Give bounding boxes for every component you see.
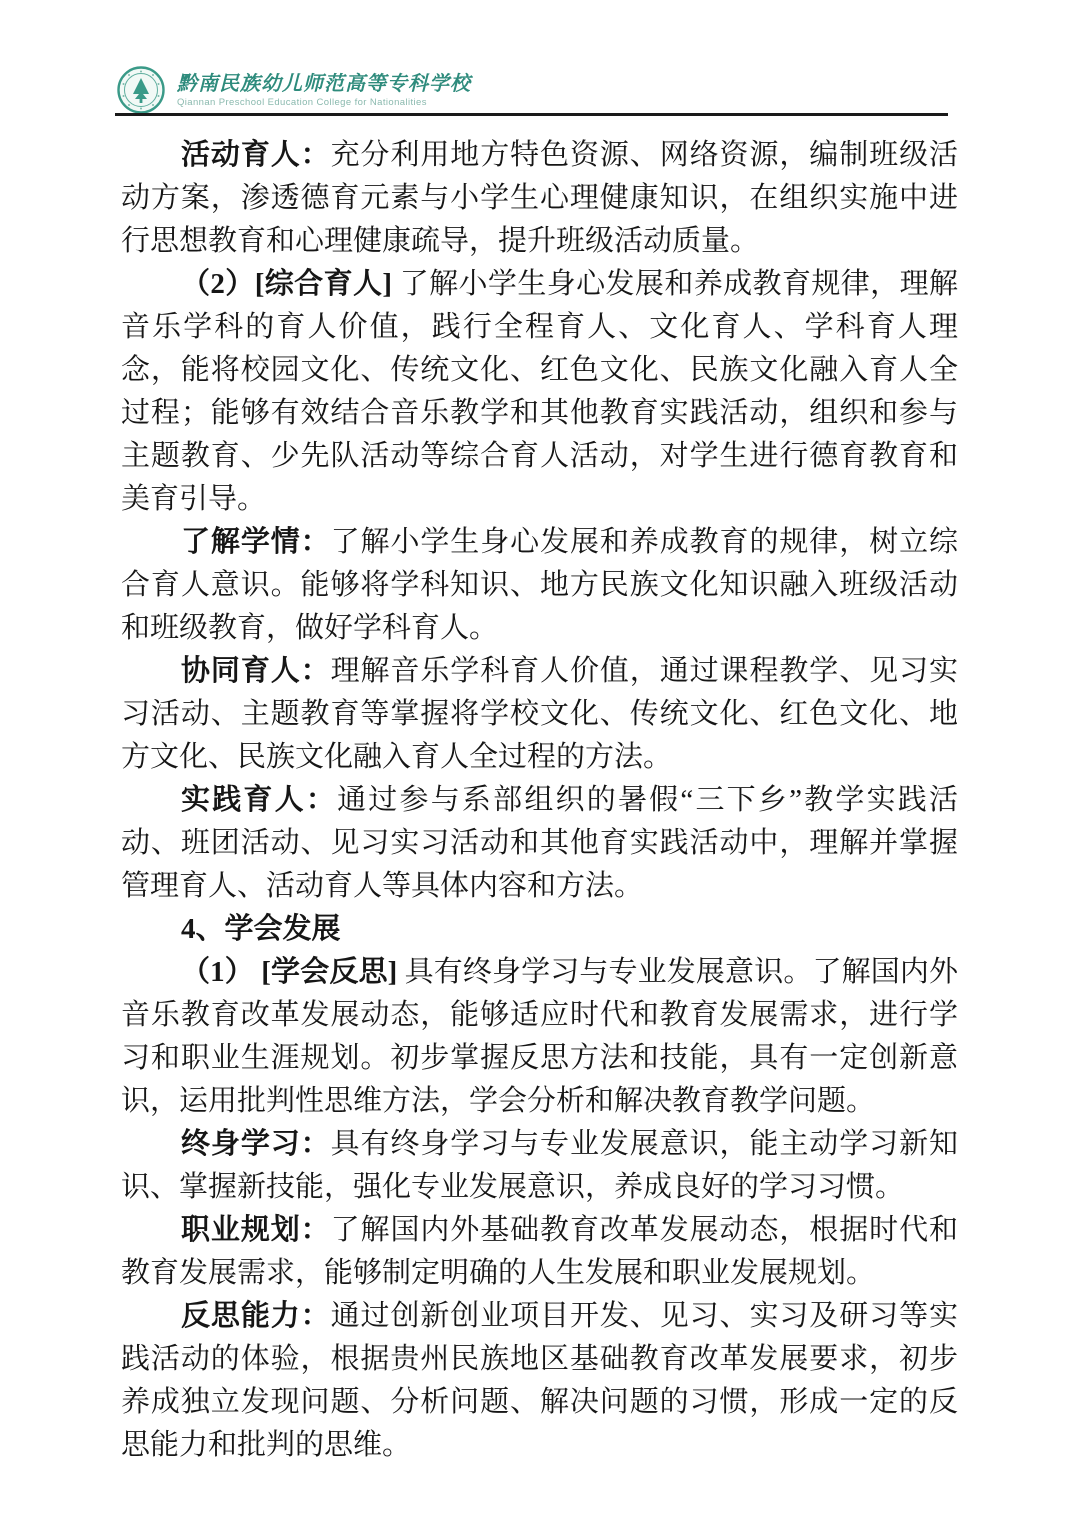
paragraph-collaborative-education: 协同育人：理解音乐学科育人价值，通过课程教学、见习实习活动、主题教育等掌握将学校…: [121, 650, 958, 779]
paragraph-lifelong-learning: 终身学习：具有终身学习与专业发展意识，能主动学习新知识、掌握新技能，强化专业发展…: [121, 1123, 958, 1209]
heading-text: 4、学会发展: [181, 913, 341, 945]
document-body: 活动育人：充分利用地方特色资源、网络资源，编制班级活动方案，渗透德育元素与小学生…: [121, 134, 958, 1467]
paragraph-practical-education: 实践育人：通过参与系部组织的暑假“三下乡”教学实践活动、班团活动、见习实习活动和…: [121, 779, 958, 908]
paragraph-reflection-ability: 反思能力：通过创新创业项目开发、见习、实习及研习等实践活动的体验，根据贵州民族地…: [121, 1295, 958, 1467]
school-emblem-icon: [117, 66, 165, 114]
document-page: 黔南民族幼儿师范高等专科学校 Qiannan Preschool Educati…: [0, 0, 1074, 1520]
paragraph-learn-to-reflect: （1） [学会反思] 具有终身学习与专业发展意识。了解国内外音乐教育改革发展动态…: [121, 951, 958, 1123]
paragraph-lead: 协同育人：: [181, 655, 331, 687]
school-name-en: Qiannan Preschool Education College for …: [177, 96, 471, 109]
paragraph-lead: 了解学情：: [181, 526, 331, 558]
paragraph-lead: 实践育人：: [181, 784, 337, 816]
header-divider: [115, 113, 948, 116]
paragraph-lead: 职业规划：: [181, 1214, 331, 1246]
section-heading-learn-to-develop: 4、学会发展: [121, 908, 958, 951]
paragraph-lead: （1） [学会反思]: [181, 956, 405, 988]
paragraph-activity-education: 活动育人：充分利用地方特色资源、网络资源，编制班级活动方案，渗透德育元素与小学生…: [121, 134, 958, 263]
logo-text: 黔南民族幼儿师范高等专科学校 Qiannan Preschool Educati…: [177, 72, 471, 109]
paragraph-lead: 反思能力：: [181, 1300, 331, 1332]
paragraph-understand-students: 了解学情：了解小学生身心发展和养成教育的规律，树立综合育人意识。能够将学科知识、…: [121, 521, 958, 650]
paragraph-career-planning: 职业规划：了解国内外基础教育改革发展动态，根据时代和教育发展需求，能够制定明确的…: [121, 1209, 958, 1295]
paragraph-comprehensive-education: （2）[综合育人] 了解小学生身心发展和养成教育规律，理解音乐学科的育人价值，践…: [121, 263, 958, 521]
paragraph-lead: （2）[综合育人]: [181, 268, 400, 300]
paragraph-lead: 活动育人：: [181, 139, 331, 171]
paragraph-text: 了解小学生身心发展和养成教育规律，理解音乐学科的育人价值，践行全程育人、文化育人…: [121, 268, 958, 515]
paragraph-lead: 终身学习：: [181, 1128, 331, 1160]
school-name-zh: 黔南民族幼儿师范高等专科学校: [177, 72, 471, 96]
school-logo: 黔南民族幼儿师范高等专科学校 Qiannan Preschool Educati…: [117, 66, 471, 114]
